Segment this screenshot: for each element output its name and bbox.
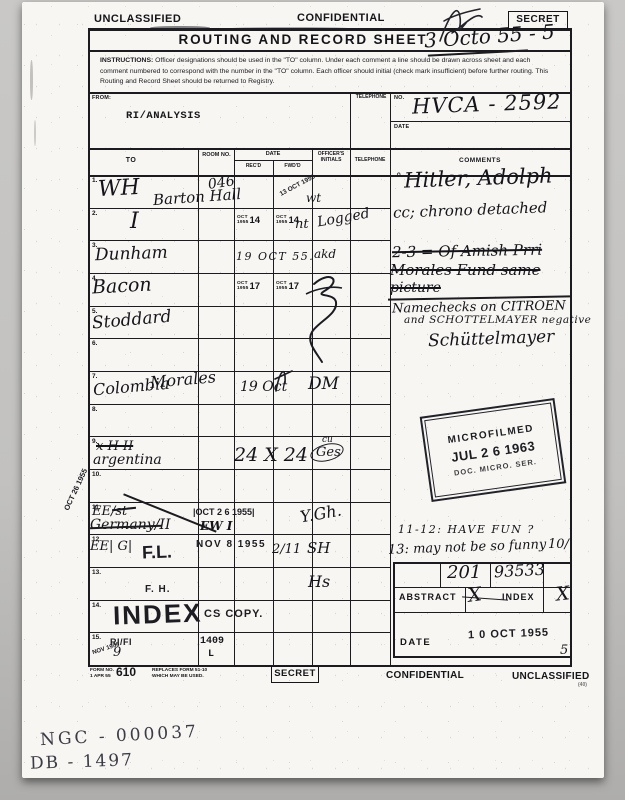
footer-secret: SECRET bbox=[272, 669, 318, 679]
comment-struck-3: picture bbox=[390, 281, 441, 295]
from-telephone-label: TELEPHONE bbox=[352, 95, 390, 101]
release-date-label: DATE bbox=[400, 638, 431, 648]
row4-initials-signature bbox=[296, 270, 346, 368]
row2-to-handwritten: I bbox=[130, 211, 139, 233]
form-grid-line bbox=[88, 404, 390, 405]
footer-form-number: 610 bbox=[116, 666, 136, 679]
row4-recd-stamp: OCT1955 17 bbox=[237, 281, 260, 292]
col-header-telephone: TELEPHONE bbox=[351, 158, 389, 164]
row3-initials: akd bbox=[314, 248, 336, 260]
form-grid-line bbox=[390, 92, 391, 667]
form-grid-line bbox=[88, 148, 570, 150]
footer-replaces-1: REPLACES FORM 51-10 bbox=[152, 668, 207, 673]
row13-to: F. H. bbox=[145, 584, 171, 595]
col-header-initials: OFFICER'S INITIALS bbox=[314, 152, 348, 163]
col-header-recd: REC'D bbox=[234, 164, 273, 170]
form-grid-line bbox=[88, 632, 390, 633]
footer-unclassified: UNCLASSIFIED bbox=[512, 671, 590, 682]
scan-smudge bbox=[230, 27, 350, 30]
row11-recd-stamp: |OCT 2 6 1955| bbox=[193, 507, 255, 517]
form-grid-line bbox=[543, 587, 544, 612]
form-grid-line bbox=[350, 92, 351, 667]
abstract-label: ABSTRACT bbox=[399, 593, 457, 603]
row-number: 10. bbox=[92, 471, 101, 478]
release-cell-201: 201 bbox=[447, 564, 481, 582]
corner-handwritten-mark: 5 bbox=[560, 644, 568, 657]
row-number: 13. bbox=[92, 569, 101, 576]
scanned-document-canvas: UNCLASSIFIED CONFIDENTIAL SECRET ROUTING… bbox=[0, 0, 625, 800]
comment-subject-name: Hitler, Adolph bbox=[404, 165, 553, 191]
comment-note-1: 11-12: HAVE FUN ? bbox=[398, 524, 535, 535]
form-grid-line bbox=[393, 656, 570, 658]
row-number: 14. bbox=[92, 602, 101, 609]
row2-recd-stamp: OCT1955 14 bbox=[237, 215, 260, 226]
comment-degree-mark: ° bbox=[396, 172, 402, 183]
form-grid-line bbox=[88, 502, 390, 503]
row1-room-handwritten: 046 bbox=[207, 174, 235, 192]
row7-initials: DM bbox=[308, 376, 339, 393]
instructions-block: INSTRUCTIONS: Officer designations shoul… bbox=[100, 56, 558, 88]
form-grid-line bbox=[88, 240, 390, 241]
classification-top-center: CONFIDENTIAL bbox=[297, 12, 385, 24]
row12-fwdd-handwritten: 2/11 bbox=[272, 543, 301, 556]
form-grid-line bbox=[234, 148, 235, 665]
col-header-date: DATE bbox=[234, 151, 312, 157]
footer-replaces-2: WHICH MAY BE USED. bbox=[152, 674, 204, 679]
abstract-mark: X bbox=[467, 585, 483, 606]
release-cell-93533: 93533 bbox=[494, 562, 546, 581]
form-grid-line bbox=[490, 562, 491, 587]
instructions-text: Officer designations should be used in t… bbox=[100, 57, 548, 85]
form-title: ROUTING AND RECORD SHEET bbox=[178, 33, 428, 48]
row3-date-handwritten: 19 OCT 55. bbox=[236, 251, 314, 262]
comment-schuttelmayer: Schüttelmayer bbox=[428, 329, 555, 350]
row11-recd-note: EW I bbox=[200, 520, 232, 532]
row9-date-handwritten: 24 X 24 bbox=[234, 446, 308, 465]
row15-day-handwritten: 9 bbox=[113, 646, 121, 659]
comment-note-2b: 10/ bbox=[548, 538, 569, 551]
row4-to-handwritten: Bacon bbox=[92, 275, 153, 297]
row15-room: 1409 bbox=[200, 636, 224, 647]
instructions-label: INSTRUCTIONS: bbox=[100, 57, 153, 64]
form-grid-line bbox=[198, 148, 199, 665]
form-grid-line bbox=[88, 567, 390, 568]
from-label: FROM: bbox=[92, 95, 111, 101]
index-label: INDEX bbox=[502, 593, 535, 603]
footer-form-date: 1 APR 55 bbox=[90, 674, 111, 679]
classification-top-left: UNCLASSIFIED bbox=[94, 13, 181, 25]
comment-struck-2: Morales Fund same bbox=[390, 263, 540, 278]
form-grid-line bbox=[393, 612, 570, 613]
row12-to2-stamp: F.L. bbox=[142, 541, 173, 563]
row1-to-handwritten: WH bbox=[97, 177, 140, 201]
row14-cs-copy-stamp: CS COPY. bbox=[204, 608, 263, 620]
index-mark: X bbox=[555, 584, 570, 604]
form-grid-line bbox=[465, 587, 466, 612]
footer-page-mark: (40) bbox=[578, 683, 587, 689]
comment-struck-1: 2-3 = Of Amish Prri bbox=[392, 243, 542, 261]
row1-initials: wt bbox=[306, 192, 321, 204]
form-grid-line bbox=[570, 28, 572, 667]
pencil-reference-number-2: DB - 1497 bbox=[30, 752, 134, 773]
form-grid-line bbox=[440, 562, 441, 587]
row-number: 8. bbox=[92, 406, 97, 413]
row3-to-handwritten: Dunham bbox=[95, 245, 168, 265]
form-grid-line bbox=[88, 371, 390, 372]
row7-date-flourish bbox=[272, 363, 296, 393]
footer-confidential: CONFIDENTIAL bbox=[386, 670, 464, 681]
handwritten-document-number: HVCA - 2592 bbox=[412, 91, 562, 117]
form-grid-line bbox=[88, 28, 90, 667]
footer-secret-box: SECRET bbox=[271, 666, 319, 683]
comment-namecheck-2: and SCHOTTELMAYER negative bbox=[404, 315, 591, 326]
row12-to-handwritten: EE| G| bbox=[90, 540, 132, 553]
row-number: 6. bbox=[92, 340, 97, 347]
scan-smudge bbox=[150, 26, 210, 30]
row9-to2-handwritten: argentina bbox=[93, 453, 162, 467]
row15-room2: L bbox=[208, 649, 214, 660]
row2-initials: nt bbox=[295, 218, 309, 231]
row12-initials: SH bbox=[307, 541, 330, 556]
row12-recd-stamp: NOV 8 1955 bbox=[196, 539, 266, 550]
form-grid-line bbox=[88, 469, 390, 470]
footer-form-label: FORM NO. bbox=[90, 668, 114, 673]
no-label: NO. bbox=[394, 95, 404, 101]
form-grid-line bbox=[390, 121, 570, 122]
form-grid-line bbox=[88, 665, 570, 667]
date-label: DATE bbox=[394, 124, 409, 130]
row13-initials: Hs bbox=[308, 574, 330, 590]
form-grid-line bbox=[88, 534, 390, 535]
col-header-to: TO bbox=[64, 157, 198, 165]
col-header-fwdd: FWD'D bbox=[273, 164, 312, 170]
form-grid-line bbox=[88, 436, 390, 437]
scan-edge-artifact bbox=[30, 60, 33, 100]
from-value: RI/ANALYSIS bbox=[126, 110, 201, 122]
row14-index-stamp: INDEX bbox=[112, 597, 202, 631]
scan-edge-artifact bbox=[34, 120, 36, 146]
row-number: 2. bbox=[92, 210, 97, 217]
form-grid-line bbox=[393, 562, 395, 656]
form-grid-line bbox=[273, 160, 274, 665]
col-header-comments: COMMENTS bbox=[425, 157, 535, 164]
row-number: 15. bbox=[92, 634, 101, 641]
col-header-room: ROOM NO. bbox=[201, 152, 232, 158]
